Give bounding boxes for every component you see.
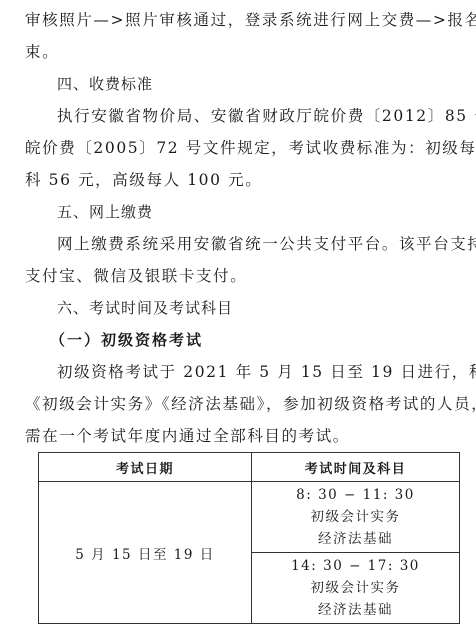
- header-exam-date: 考试日期: [39, 453, 252, 482]
- paragraph-line: 束。: [25, 42, 59, 62]
- slot-subject: 初级会计实务: [252, 577, 459, 599]
- exam-schedule-table: 考试日期 考试时间及科目 5 月 15 日至 19 日 8: 30 − 11: …: [38, 452, 460, 624]
- section-heading-fees: 四、收费标准: [57, 74, 153, 94]
- paragraph-line: 执行安徽省物价局、安徽省财政厅皖价费〔2012〕85 号和: [57, 106, 476, 126]
- section-heading-online-payment: 五、网上缴费: [57, 202, 153, 222]
- slot-subject: 初级会计实务: [252, 506, 459, 528]
- subsection-heading-junior-exam: （一）初级资格考试: [50, 330, 203, 350]
- section-heading-exam-schedule: 六、考试时间及考试科目: [57, 298, 233, 318]
- paragraph-line: 需在一个考试年度内通过全部科目的考试。: [25, 426, 350, 446]
- slot-time: 14: 30 − 17: 30: [252, 555, 459, 577]
- slot-subject: 经济法基础: [252, 528, 459, 550]
- paragraph-line: 皖价费〔2005〕72 号文件规定，考试收费标准为：初级每人每: [25, 138, 476, 158]
- paragraph-line: 网上缴费系统采用安徽省统一公共支付平台。该平台支持: [57, 234, 476, 254]
- table-row: 5 月 15 日至 19 日 8: 30 − 11: 30 初级会计实务 经济法…: [39, 482, 460, 553]
- paragraph-line: 初级资格考试于 2021 年 5 月 15 日至 19 日进行，科目包括: [57, 362, 476, 382]
- slot-subject: 经济法基础: [252, 599, 459, 621]
- exam-date-cell: 5 月 15 日至 19 日: [39, 482, 252, 624]
- afternoon-slot-cell: 14: 30 − 17: 30 初级会计实务 经济法基础: [252, 553, 460, 624]
- paragraph-line: 科 56 元，高级每人 100 元。: [25, 170, 262, 190]
- paragraph-line: 《初级会计实务》《经济法基础》，参加初级资格考试的人员，: [25, 394, 476, 414]
- paragraph-line: 审核照片—>照片审核通过，登录系统进行网上交费—>报名结: [25, 10, 476, 30]
- morning-slot-cell: 8: 30 − 11: 30 初级会计实务 经济法基础: [252, 482, 460, 553]
- header-exam-time-subjects: 考试时间及科目: [252, 453, 460, 482]
- table-header-row: 考试日期 考试时间及科目: [39, 453, 460, 482]
- paragraph-line: 支付宝、微信及银联卡支付。: [25, 266, 247, 286]
- slot-time: 8: 30 − 11: 30: [252, 484, 459, 506]
